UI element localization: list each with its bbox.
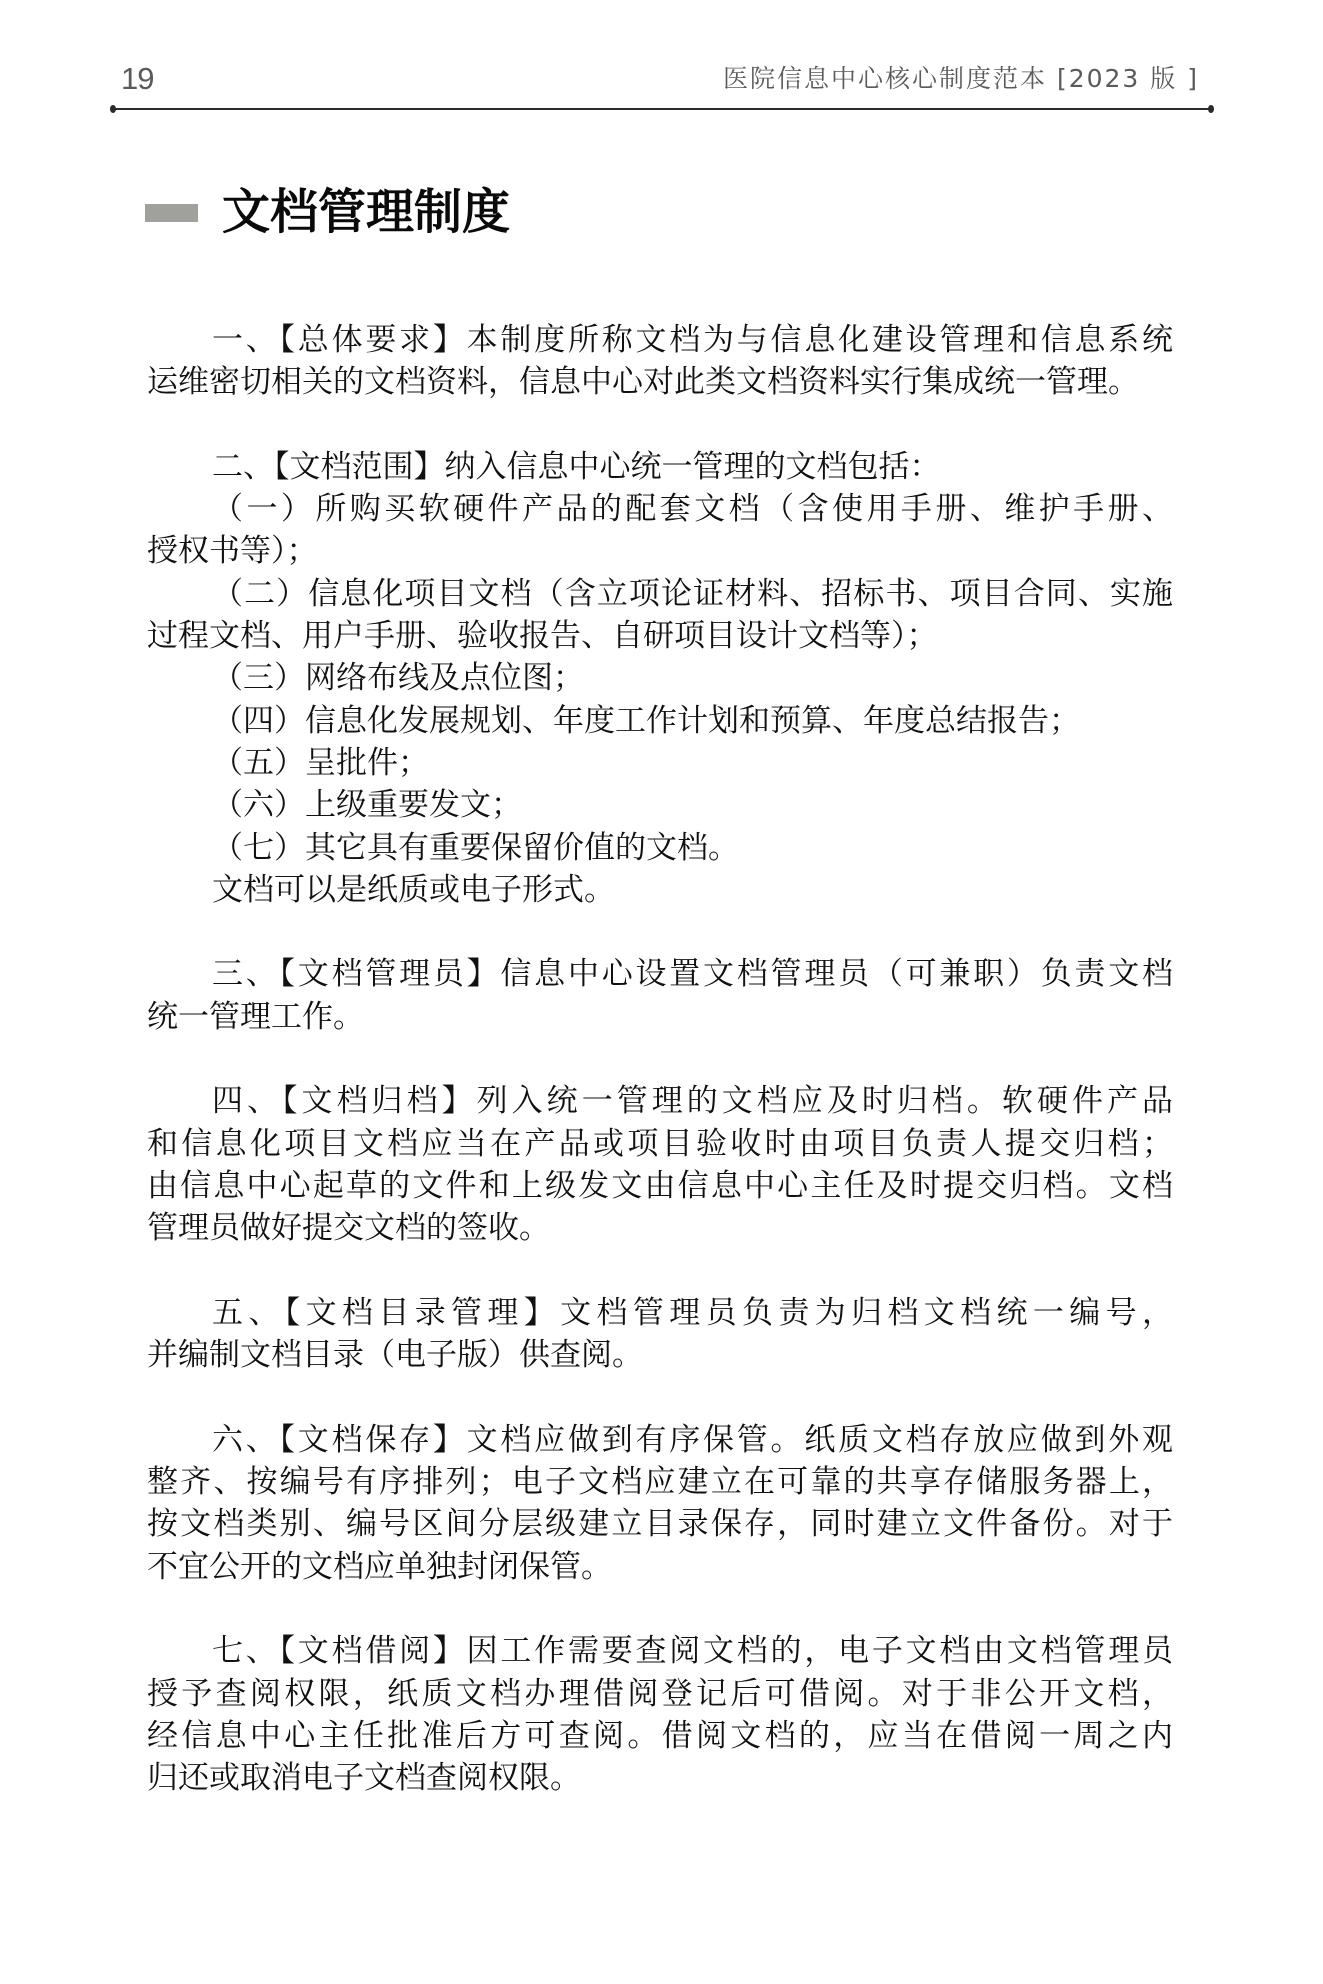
page-number: 19 (121, 62, 153, 96)
title-bar-icon (145, 204, 198, 222)
paragraph-line: 不宜公开的文档应单独封闭保管。 (147, 1546, 1173, 1588)
list-item-line: （三）网络布线及点位图； (147, 657, 1173, 699)
paragraph-line: 五、【文档目录管理】文档管理员负责为归档文档统一编号， (147, 1292, 1173, 1334)
document-title: 文档管理制度 (222, 184, 510, 240)
paragraph-line: 按文档类别、编号区间分层级建立目录保存，同时建立文件备份。对于 (147, 1503, 1173, 1545)
list-item-line: （七）其它具有重要保留价值的文档。 (147, 827, 1173, 869)
paragraph-line: 整齐、按编号有序排列；电子文档应建立在可靠的共享存储服务器上， (147, 1461, 1173, 1503)
paragraph-line: 二、【文档范围】纳入信息中心统一管理的文档包括： (147, 446, 1173, 488)
paragraph-line: 统一管理工作。 (147, 996, 1173, 1038)
paragraph-line: 和信息化项目文档应当在产品或项目验收时由项目负责人提交归档； (147, 1123, 1173, 1165)
list-item-line: （四）信息化发展规划、年度工作计划和预算、年度总结报告； (147, 700, 1173, 742)
paragraph-general-requirements: 一、【总体要求】本制度所称文档为与信息化建设管理和信息系统 运维密切相关的文档资… (147, 319, 1173, 404)
paragraph-line: 由信息中心起草的文件和上级发文由信息中心主任及时提交归档。文档 (147, 1165, 1173, 1207)
paragraph-line: 运维密切相关的文档资料，信息中心对此类文档资料实行集成统一管理。 (147, 361, 1173, 403)
paragraph-line: 并编制文档目录（电子版）供查阅。 (147, 1334, 1173, 1376)
paragraph-document-archiving: 四、【文档归档】列入统一管理的文档应及时归档。软硬件产品 和信息化项目文档应当在… (147, 1080, 1173, 1249)
document-body: 一、【总体要求】本制度所称文档为与信息化建设管理和信息系统 运维密切相关的文档资… (147, 319, 1173, 1842)
paragraph-line: 经信息中心主任批准后方可查阅。借阅文档的，应当在借阅一周之内 (147, 1715, 1173, 1757)
paragraph-catalog-management: 五、【文档目录管理】文档管理员负责为归档文档统一编号， 并编制文档目录（电子版）… (147, 1292, 1173, 1377)
paragraph-line: 一、【总体要求】本制度所称文档为与信息化建设管理和信息系统 (147, 319, 1173, 361)
paragraph-line: 六、【文档保存】文档应做到有序保管。纸质文档存放应做到外观 (147, 1419, 1173, 1461)
list-item-line: 授权书等）； (147, 530, 1173, 572)
list-item-line: （五）呈批件； (147, 742, 1173, 784)
paragraph-document-scope: 二、【文档范围】纳入信息中心统一管理的文档包括： （一）所购买软硬件产品的配套文… (147, 446, 1173, 911)
list-item-line: （一）所购买软硬件产品的配套文档（含使用手册、维护手册、 (147, 488, 1173, 530)
list-item-line: 过程文档、用户手册、验收报告、自研项目设计文档等）； (147, 615, 1173, 657)
list-item-line: （二）信息化项目文档（含立项论证材料、招标书、项目合同、实施 (147, 573, 1173, 615)
paragraph-line: 三、【文档管理员】信息中心设置文档管理员（可兼职）负责文档 (147, 953, 1173, 995)
running-title: 医院信息中心核心制度范本 [2023 版 ] (723, 62, 1199, 96)
header-rule-right-dot (1208, 105, 1214, 113)
paragraph-line: 管理员做好提交文档的签收。 (147, 1207, 1173, 1249)
paragraph-document-borrowing: 七、【文档借阅】因工作需要查阅文档的，电子文档由文档管理员 授予查阅权限，纸质文… (147, 1630, 1173, 1799)
paragraph-document-administrator: 三、【文档管理员】信息中心设置文档管理员（可兼职）负责文档 统一管理工作。 (147, 953, 1173, 1038)
paragraph-line: 归还或取消电子文档查阅权限。 (147, 1757, 1173, 1799)
paragraph-line: 授予查阅权限，纸质文档办理借阅登记后可借阅。对于非公开文档， (147, 1673, 1173, 1715)
header-rule (112, 108, 1211, 110)
paragraph-line: 七、【文档借阅】因工作需要查阅文档的，电子文档由文档管理员 (147, 1630, 1173, 1672)
paragraph-line: 文档可以是纸质或电子形式。 (147, 869, 1173, 911)
paragraph-line: 四、【文档归档】列入统一管理的文档应及时归档。软硬件产品 (147, 1080, 1173, 1122)
paragraph-document-storage: 六、【文档保存】文档应做到有序保管。纸质文档存放应做到外观 整齐、按编号有序排列… (147, 1419, 1173, 1588)
list-item-line: （六）上级重要发文； (147, 784, 1173, 826)
